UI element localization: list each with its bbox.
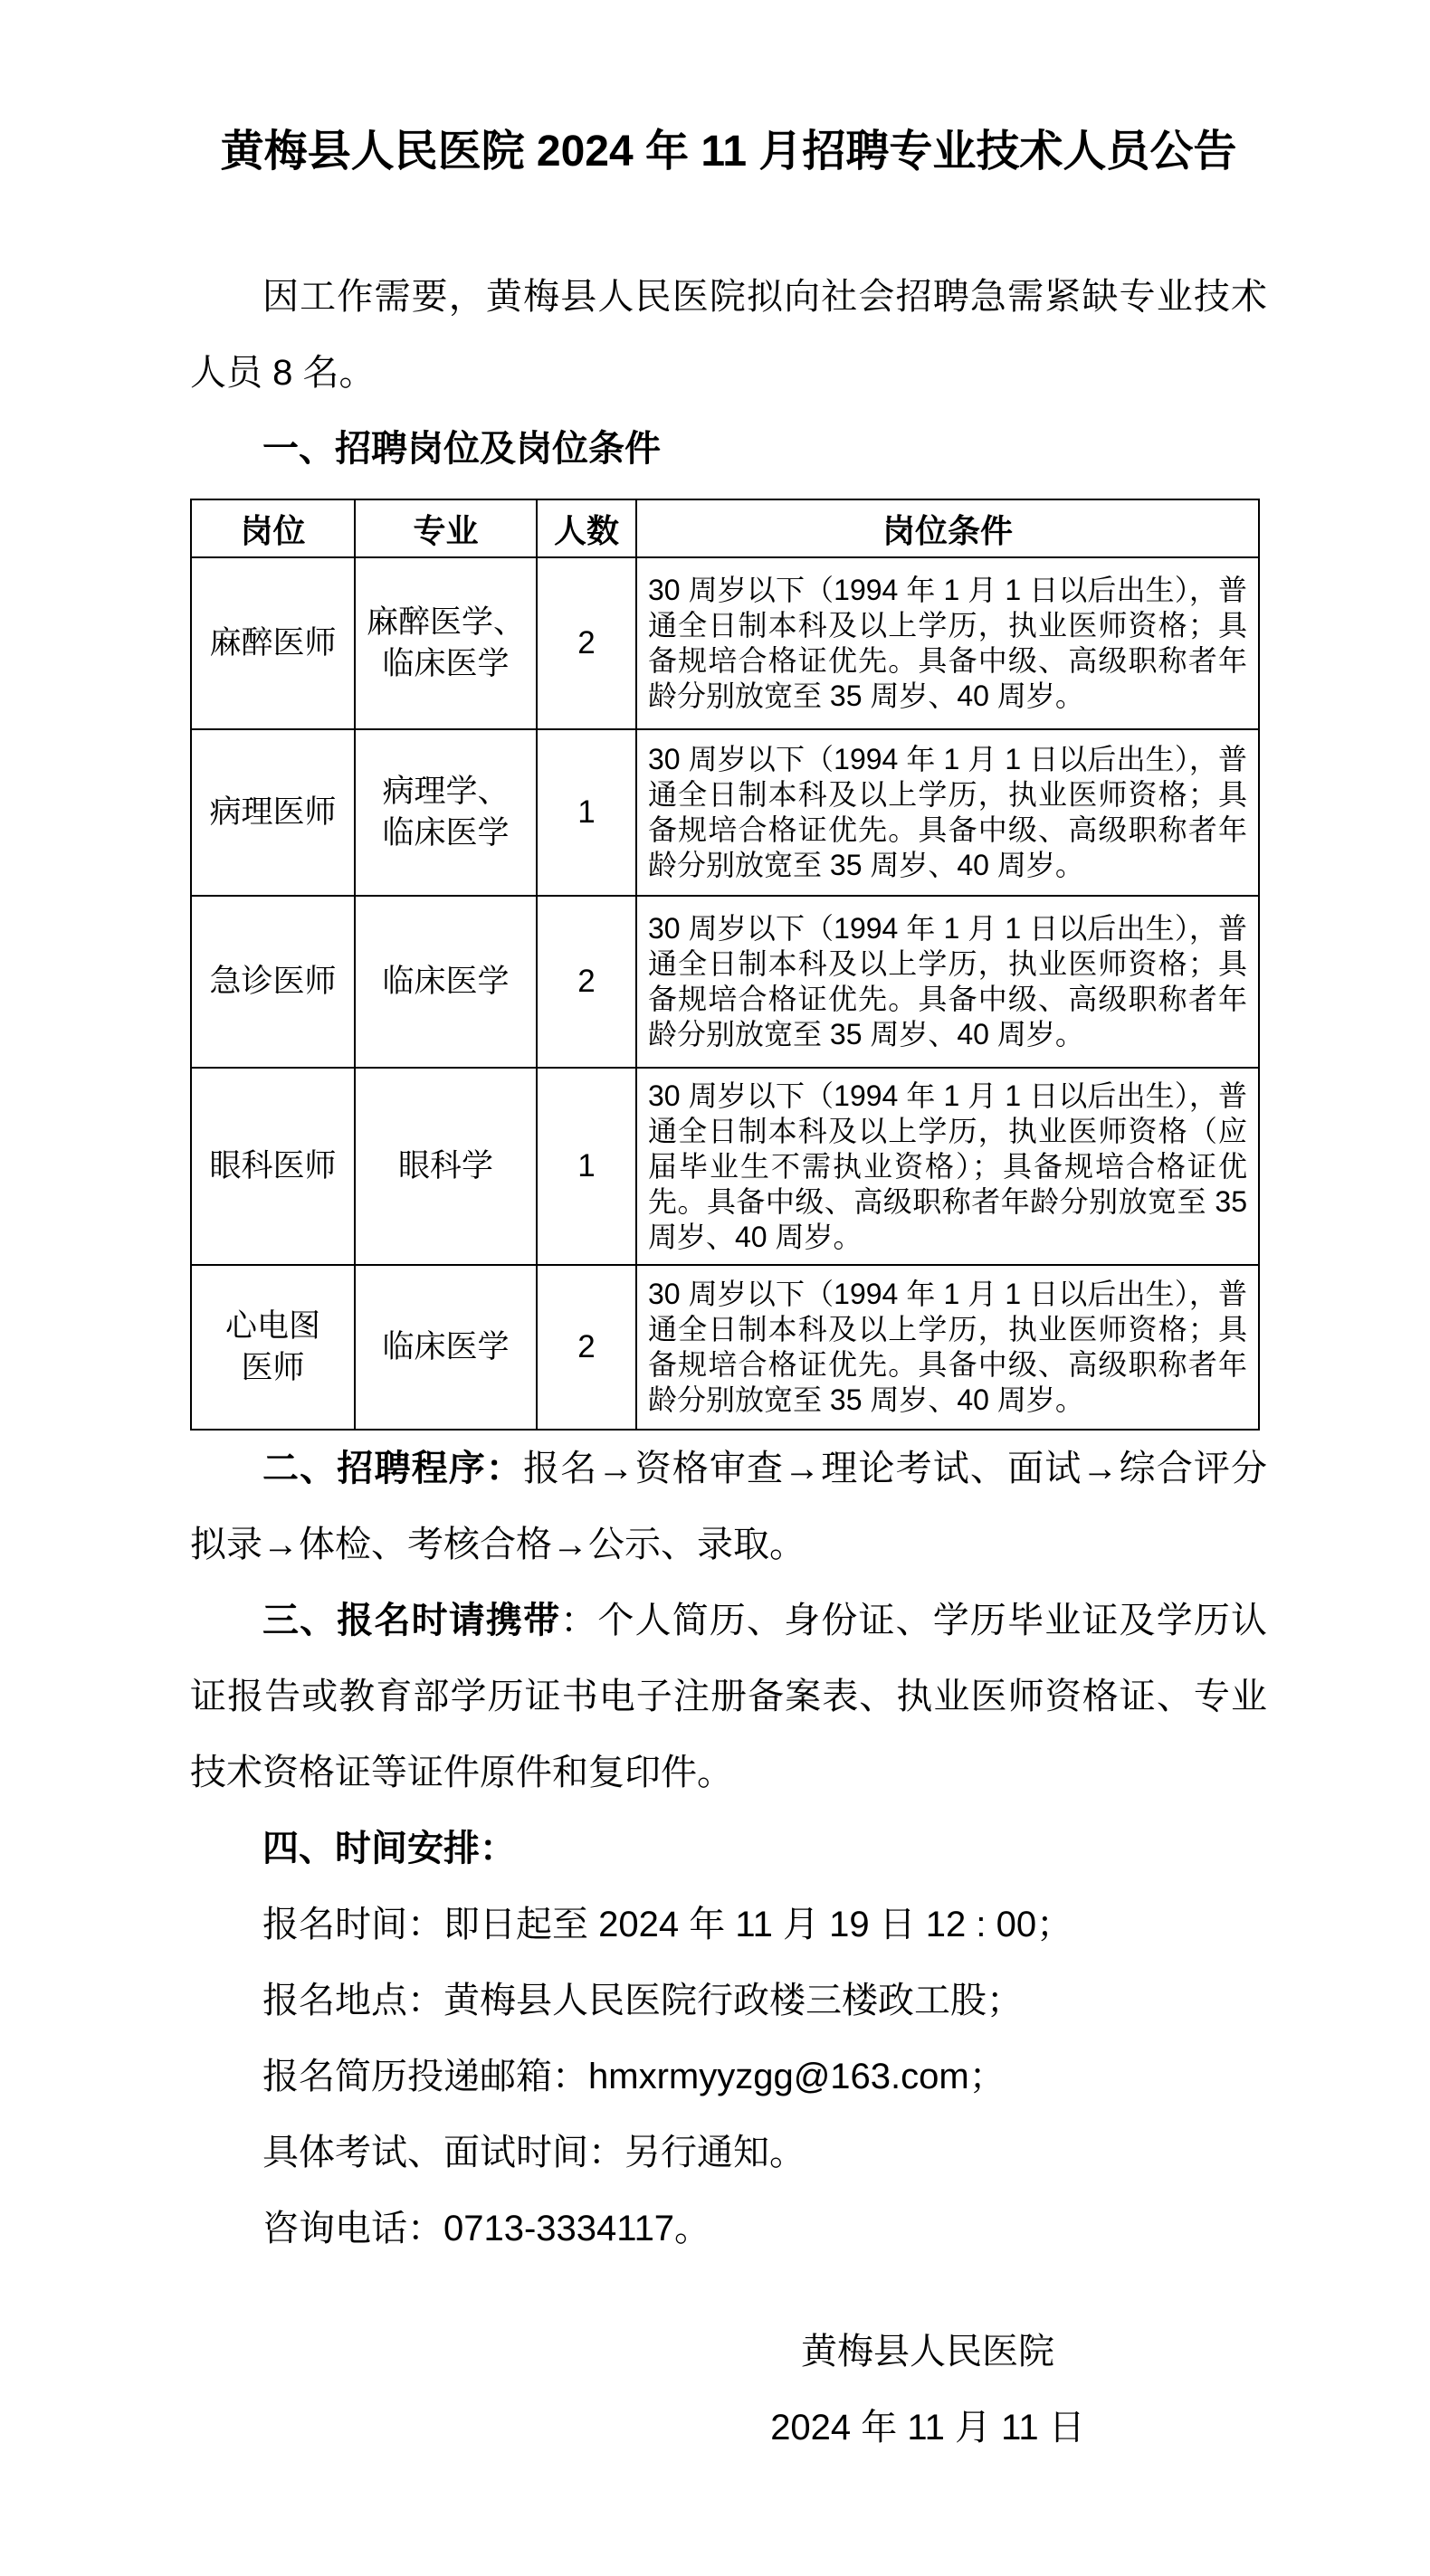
schedule-list: 报名时间：即日起至 2024 年 11 月 19 日 12 : 00； 报名地点… [190,1887,1267,2267]
section2-label: 二、招聘程序： [262,1449,523,1488]
section2-paragraph: 二、招聘程序：报名→资格审查→理论考试、面试→综合评分拟录→体检、考核合格→公示… [190,1431,1267,1583]
major-cell: 麻醉医学、 临床医学 [355,557,537,729]
table-row: 眼科医师 眼科学 1 30 周岁以下（1994 年 1 月 1 日以后出生），普… [191,1068,1259,1265]
count-cell: 2 [537,1265,636,1430]
section3-label: 三、报名时请携带 [262,1601,560,1640]
condition-cell: 30 周岁以下（1994 年 1 月 1 日以后出生），普通全日制本科及以上学历… [636,896,1259,1068]
major-cell: 病理学、 临床医学 [355,729,537,896]
major-cell: 临床医学 [355,896,537,1068]
page-title: 黄梅县人民医院 2024 年 11 月招聘专业技术人员公告 [190,125,1267,179]
post-cell: 心电图 医师 [191,1265,355,1430]
signature-date: 2024 年 11 月 11 日 [729,2390,1127,2466]
count-cell: 1 [537,729,636,896]
table-row: 病理医师 病理学、 临床医学 1 30 周岁以下（1994 年 1 月 1 日以… [191,729,1259,896]
section3-paragraph: 三、报名时请携带：个人简历、身份证、学历毕业证及学历认证报告或教育部学历证书电子… [190,1583,1267,1811]
condition-cell: 30 周岁以下（1994 年 1 月 1 日以后出生），普通全日制本科及以上学历… [636,729,1259,896]
intro-paragraph: 因工作需要，黄梅县人民医院拟向社会招聘急需紧缺专业技术人员 8 名。 [190,259,1267,411]
table-row: 心电图 医师 临床医学 2 30 周岁以下（1994 年 1 月 1 日以后出生… [191,1265,1259,1430]
signature-org: 黄梅县人民医院 [729,2314,1127,2390]
section1-heading: 一、招聘岗位及岗位条件 [190,411,1267,487]
table-row: 急诊医师 临床医学 2 30 周岁以下（1994 年 1 月 1 日以后出生），… [191,896,1259,1068]
condition-cell: 30 周岁以下（1994 年 1 月 1 日以后出生），普通全日制本科及以上学历… [636,557,1259,729]
major-cell: 眼科学 [355,1068,537,1265]
signature-block: 黄梅县人民医院 2024 年 11 月 11 日 [729,2314,1127,2466]
column-header-major: 专业 [355,499,537,557]
count-cell: 2 [537,557,636,729]
column-header-post: 岗位 [191,499,355,557]
column-header-condition: 岗位条件 [636,499,1259,557]
condition-cell: 30 周岁以下（1994 年 1 月 1 日以后出生），普通全日制本科及以上学历… [636,1265,1259,1430]
jobs-table: 岗位 专业 人数 岗位条件 麻醉医师 麻醉医学、 临床医学 2 30 周岁以下（… [190,499,1260,1431]
post-cell: 麻醉医师 [191,557,355,729]
post-cell: 急诊医师 [191,896,355,1068]
schedule-item-signup-time: 报名时间：即日起至 2024 年 11 月 19 日 12 : 00； [190,1887,1267,1963]
schedule-item-exam-time: 具体考试、面试时间：另行通知。 [190,2115,1267,2191]
post-cell: 病理医师 [191,729,355,896]
post-cell: 眼科医师 [191,1068,355,1265]
schedule-item-resume-email: 报名简历投递邮箱：hmxrmyyzgg@163.com； [190,2039,1267,2115]
count-cell: 2 [537,896,636,1068]
table-row: 麻醉医师 麻醉医学、 临床医学 2 30 周岁以下（1994 年 1 月 1 日… [191,557,1259,729]
schedule-item-signup-place: 报名地点：黄梅县人民医院行政楼三楼政工股； [190,1963,1267,2039]
column-header-count: 人数 [537,499,636,557]
table-header-row: 岗位 专业 人数 岗位条件 [191,499,1259,557]
major-cell: 临床医学 [355,1265,537,1430]
condition-cell: 30 周岁以下（1994 年 1 月 1 日以后出生），普通全日制本科及以上学历… [636,1068,1259,1265]
announcement-page: 黄梅县人民医院 2024 年 11 月招聘专业技术人员公告 因工作需要，黄梅县人… [0,0,1430,2466]
count-cell: 1 [537,1068,636,1265]
section4-heading: 四、时间安排： [190,1811,1267,1887]
schedule-item-phone: 咨询电话：0713-3334117。 [190,2191,1267,2267]
